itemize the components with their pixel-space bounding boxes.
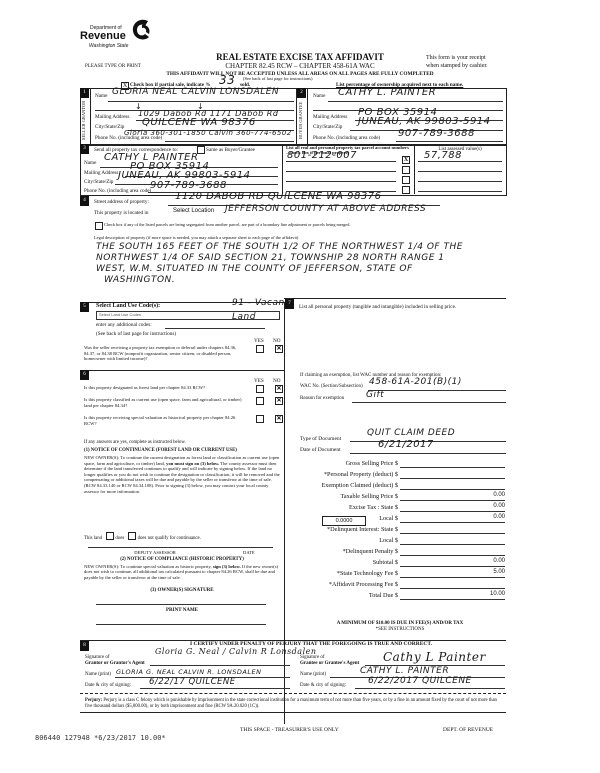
personal-property-checkbox[interactable] [402, 166, 410, 174]
wac-value[interactable]: 458-61A-201(B)(1) [369, 377, 462, 387]
seller-side-label: SELLER GRANTOR [81, 100, 90, 140]
land-use-see-back: (See back of last page for instructions) [96, 331, 176, 337]
notice-1-title: (1) NOTICE OF CONTINUANCE (FOREST LAND O… [84, 448, 237, 453]
corr-phone-label: Phone No. (including area code) [84, 188, 151, 194]
personal-property-checkbox[interactable]: X [402, 156, 410, 164]
designation-no-checkbox[interactable]: ✕ [275, 385, 283, 393]
grantee-sig-label: Signature of Grantee or Grantee's Agent [300, 655, 359, 667]
fee-value[interactable] [400, 481, 505, 490]
see-back-note: (See back of last page for instructions) [243, 76, 312, 81]
parcel-number[interactable]: 801-212-007 [287, 150, 357, 161]
reason-label: Reason for exemption [300, 396, 344, 401]
does-not-label: does not [138, 536, 154, 541]
designation-no-checkbox[interactable]: ✕ [275, 415, 283, 423]
doc-date-label: Date of Document [300, 447, 341, 453]
fee-label: *Delinquent Interest: State $ [288, 526, 398, 533]
section-4-marker: 4 [80, 196, 89, 206]
reason-value[interactable]: Gift [366, 390, 384, 400]
yes-header-6: YES [254, 378, 264, 384]
fee-value[interactable] [400, 525, 505, 534]
minimum-note: A MINIMUM OF $10.00 IS DUE IN FEE(S) AND… [300, 621, 500, 626]
designation-yes-checkbox[interactable] [256, 385, 264, 393]
corr-city-label: City/State/Zip [84, 179, 113, 185]
legal-line: THE SOUTH 165 FEET OF THE SOUTH 1/2 OF T… [96, 242, 516, 253]
owner-signature-label: (3) OWNER(S) SIGNATURE [84, 588, 280, 593]
fee-label: Subtotal $ [288, 559, 398, 566]
notice-1-bold: you must sign on (3) below. [166, 461, 219, 466]
doc-type-value[interactable]: QUIT CLAIM DEED [367, 428, 455, 438]
fee-value[interactable]: 0.00 [400, 514, 505, 523]
legal-line: WASHINGTON. [96, 275, 516, 286]
does-checkbox[interactable] [106, 532, 114, 540]
perjury-text: Perjury is a class C felony which is pun… [85, 698, 497, 709]
personal-property-checkbox[interactable] [402, 176, 410, 184]
seller-name[interactable]: GLORIA NEAL CALVIN LONSDALEN [112, 87, 279, 97]
wac-label: WAC No. (Section/Subsection) [300, 384, 363, 389]
fee-value[interactable]: 0.00 [400, 492, 505, 501]
dor-logo: Department of Revenue Washington State [80, 17, 160, 53]
grantor-name[interactable]: GLORIA G. NEAL CALVIN R. LONSDALEN [116, 668, 261, 676]
grantor-signature[interactable]: Gloria G. Neal / Calvin R Lonsdalen [155, 647, 317, 656]
does-not-checkbox[interactable] [128, 532, 136, 540]
section-1-marker: 1 [80, 88, 89, 98]
corr-address-label: Mailing Address [84, 170, 118, 176]
notice-2-bold: sign (3) below. [213, 564, 241, 569]
receipt-note-2: when stamped by cashier. [426, 63, 488, 69]
buyer-phone-label: Phone No. (including area code) [313, 135, 380, 141]
grantee-name-label: Name (print) [300, 672, 326, 677]
land-use-select[interactable]: Select Land Use Codes [96, 311, 280, 320]
notice-1-body: NEW OWNER(S): To continue the current de… [84, 455, 280, 494]
local-rate-box: 0.0000 [322, 516, 366, 526]
fee-label: Excise Tax : State $ [288, 504, 398, 511]
legal-description-label: Legal description of property (if more s… [94, 235, 298, 240]
fee-value[interactable] [400, 470, 505, 479]
seller-name-label: Name [95, 93, 107, 99]
date-label: DATE [243, 550, 255, 555]
owner-signature-line[interactable] [96, 604, 266, 605]
form-subtitle: CHAPTER 82.45 RCW – CHAPTER 458-61A WAC [180, 62, 420, 70]
fee-label: Taxable Selling Price $ [288, 493, 398, 500]
fee-value[interactable]: 0.00 [400, 558, 505, 567]
partial-sale-percent[interactable]: 33 [219, 73, 235, 87]
exemption-question: Was the seller receiving a property tax … [84, 345, 244, 362]
segregated-label: Check box if any of the listed parcels a… [104, 222, 350, 227]
land-use-label: Select Land Use Code(s): [96, 303, 160, 309]
grantor-date-label: Date & city of signing: [85, 683, 131, 688]
receipt-note-1: This form is your receipt [426, 55, 486, 61]
see-instructions: *SEE INSTRUCTIONS [300, 627, 500, 632]
seller-phone[interactable]: Gloria 360-301-1850 Calvin 360-774-6502 [124, 129, 292, 137]
legal-line: NORTHWEST 1/4 OF SAID SECTION 21, TOWNSH… [96, 253, 516, 264]
fee-value[interactable]: 0.00 [400, 503, 505, 512]
exemption-no-checkbox[interactable]: ✕ [275, 345, 283, 353]
notice-2-text-a: NEW OWNER(S): To continue special valuat… [84, 564, 212, 569]
fee-label: *State Technology Fee $ [288, 570, 398, 577]
revenue-swirl-icon [130, 17, 152, 43]
exemption-yes-checkbox[interactable] [256, 345, 264, 353]
buyer-city[interactable]: JUNEAU, AK 99803-5914 [358, 116, 491, 127]
designation-no-checkbox[interactable]: ✕ [275, 397, 283, 405]
this-land-row: This land does does not qualify for cont… [84, 531, 201, 541]
street-label: Street address of property: [94, 199, 149, 205]
doc-type-label: Type of Document [300, 436, 341, 442]
located-label: This property is located in [94, 210, 148, 216]
no-header-5: NO [273, 338, 281, 344]
cashier-stamp: 806440 127948 *6/23/2017 10.00* [35, 734, 166, 742]
designation-yes-checkbox[interactable] [256, 415, 264, 423]
fee-value[interactable] [400, 580, 505, 589]
grantee-sig-label-2: Grantee or Grantee's Agent [300, 661, 359, 667]
fee-value[interactable] [400, 536, 505, 545]
logo-state: Washington State [89, 43, 128, 49]
deputy-assessor-label: DEPUTY ASSESSOR [110, 550, 200, 555]
no-header-6: NO [273, 378, 281, 384]
perjury-label: Perjury: [85, 698, 102, 703]
same-as-buyer-label: Same as Buyer/Grantee [206, 147, 255, 153]
buyer-phone[interactable]: 907-789-3688 [398, 128, 475, 139]
fee-label: *Personal Property (deduct) $ [288, 471, 398, 478]
treasurer-use-label: THIS SPACE - TREASURER'S USE ONLY [240, 727, 339, 733]
seller-city-label: City/State/Zip [95, 124, 124, 130]
segregated-checkbox[interactable] [95, 222, 103, 230]
designation-yes-checkbox[interactable] [256, 397, 264, 405]
buyer-city-label: City/State/Zip [313, 124, 342, 130]
qualify-label: qualify for continuance. [155, 536, 201, 541]
fee-value[interactable] [400, 459, 505, 468]
section-7-marker: 7 [285, 299, 294, 309]
seller-city[interactable]: QUILCENE WA 98376 [142, 117, 256, 128]
does-label: does [115, 536, 124, 541]
designation-question: Is this property designated as forest la… [84, 385, 244, 391]
personal-property-checkbox[interactable] [402, 186, 410, 194]
buyer-name-label: Name [313, 93, 325, 99]
grantor-sig-label: Signature of Grantor or Grantor's Agent [85, 655, 145, 667]
please-type: PLEASE TYPE OR PRINT [85, 64, 141, 69]
section-2-marker: 2 [297, 88, 306, 98]
grantor-sig-label-2: Grantor or Grantor's Agent [85, 661, 145, 667]
notice-2-body: NEW OWNER(S): To continue special valuat… [84, 564, 280, 580]
legal-description[interactable]: THE SOUTH 165 FEET OF THE SOUTH 1/2 OF T… [96, 242, 516, 286]
fee-label: *Affidavit Processing Fee $ [288, 581, 398, 588]
fee-label: Local $ [288, 537, 398, 544]
notice-1-text-b: The county assessor must then determine … [84, 461, 280, 494]
fee-value[interactable]: 10.00 [400, 591, 505, 600]
fee-value[interactable] [400, 547, 505, 556]
grantee-signature[interactable]: Cathy L Painter [383, 650, 486, 664]
seller-address-label: Mailing Address [95, 114, 129, 120]
designation-question: Is this property classified as current u… [84, 397, 244, 408]
section-5-marker: 5 [80, 302, 89, 312]
dept-of-revenue-label: DEPT. OF REVENUE [443, 727, 493, 733]
logo-name: Revenue [80, 30, 126, 42]
yes-header-5: YES [254, 338, 264, 344]
doc-date-value[interactable]: 6/21/2017 [378, 439, 434, 450]
fee-label: Exemption Claimed (deduct) $ [288, 482, 398, 489]
designation-question: Is this property receiving special valua… [84, 415, 244, 426]
section-8-marker: 8 [80, 641, 89, 651]
buyer-name[interactable]: CATHY L. PAINTER [338, 87, 436, 98]
personal-property-label: List all personal property (tangible and… [299, 303, 499, 312]
if-yes-note: If any answers are yes, complete as inst… [84, 440, 186, 445]
perjury-notice: Perjury: Perjury is a class C felony whi… [85, 698, 505, 710]
print-name-label: PRINT NAME [84, 608, 280, 613]
fee-label: *Delinquent Penalty $ [288, 548, 398, 555]
corr-phone[interactable]: 907-789-3688 [150, 180, 227, 191]
corr-name-label: Name [84, 160, 96, 166]
legal-line: WEST, W.M. SITUATED IN THE COUNTY OF JEF… [96, 264, 516, 275]
assessed-value[interactable]: 57,788 [424, 150, 462, 161]
grantee-name[interactable]: CATHY L. PAINTER [360, 666, 449, 676]
buyer-address-label: Mailing Address [313, 114, 347, 120]
street-address[interactable]: 1120 DABOB RD QUILCENE WA 98376 [175, 191, 381, 202]
grantee-date-label: Date & city of signing: [300, 683, 346, 688]
print-name-line[interactable] [96, 624, 266, 625]
fee-value[interactable]: 5.00 [400, 569, 505, 578]
form-title: REAL ESTATE EXCISE TAX AFFIDAVIT [180, 52, 420, 62]
fee-label: Total Due $ [288, 592, 398, 599]
grantor-date[interactable]: 6/22/17 QUILCENE [149, 677, 236, 687]
section-3-marker: 3 [80, 144, 89, 154]
fee-label: Gross Selling Price $ [288, 460, 398, 467]
grantor-name-label: Name (print) [85, 672, 111, 677]
location-select[interactable]: Select Location [173, 208, 214, 214]
additional-codes-label: enter any additional codes: [96, 322, 152, 328]
buyer-side-label: BUYER GRANTEE [298, 100, 307, 140]
location-value[interactable]: JEFFERSON COUNTY AT ABOVE ADDRESS [225, 204, 426, 214]
grantee-date[interactable]: 6/22/2017 QUILCENE [368, 676, 472, 686]
notice-2-title: (2) NOTICE OF COMPLIANCE (HISTORIC PROPE… [84, 557, 280, 562]
this-land-label: This land [84, 536, 102, 541]
section-6-marker: 6 [80, 370, 89, 380]
